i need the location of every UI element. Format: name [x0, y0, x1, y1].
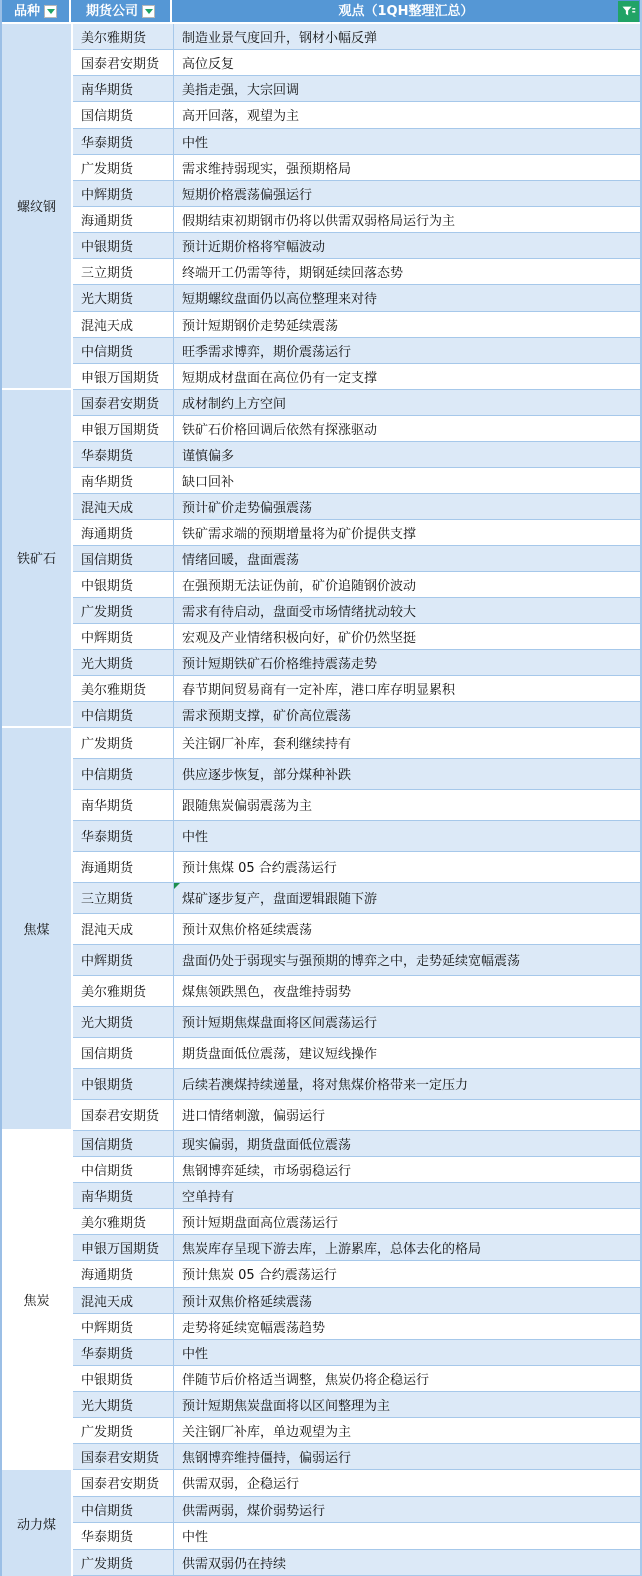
- view-cell[interactable]: 春节期间贸易商有一定补库，港口库存明显累积: [174, 676, 640, 701]
- table-row: 美尔雅期货预计短期盘面高位震荡运行: [73, 1209, 640, 1235]
- table-row: 国泰君安期货成材制约上方空间: [73, 390, 640, 416]
- company-cell[interactable]: 美尔雅期货: [73, 676, 174, 701]
- view-cell[interactable]: 空单持有: [174, 1183, 640, 1208]
- company-cell[interactable]: 海通期货: [73, 207, 174, 232]
- header-variety-label: 品种: [14, 5, 40, 18]
- table-row: 华泰期货中性: [73, 1523, 640, 1550]
- company-cell[interactable]: 国泰君安期货: [73, 50, 174, 75]
- company-cell[interactable]: 南华期货: [73, 1183, 174, 1208]
- table-row: 中辉期货盘面仍处于弱现实与强预期的博弈之中，走势延续宽幅震荡: [73, 945, 640, 976]
- view-cell[interactable]: 高开回落，观望为主: [174, 102, 640, 127]
- company-cell[interactable]: 中银期货: [73, 572, 174, 597]
- table-row: 中银期货在强预期无法证伪前，矿价追随钢价波动: [73, 572, 640, 598]
- table-row: 光大期货预计短期焦煤盘面将区间震荡运行: [73, 1007, 640, 1038]
- view-cell[interactable]: 制造业景气度回升，钢材小幅反弹: [174, 24, 640, 49]
- table-row: 美尔雅期货春节期间贸易商有一定补库，港口库存明显累积: [73, 676, 640, 702]
- company-cell[interactable]: 美尔雅期货: [73, 1209, 174, 1234]
- commodity-section: 铁矿石国泰君安期货成材制约上方空间申银万国期货铁矿石价格回调后依然有探涨驱动华泰…: [2, 390, 640, 728]
- table-row: 中银期货后续若澳煤持续递量，将对焦煤价格带来一定压力: [73, 1069, 640, 1100]
- company-cell[interactable]: 三立期货: [73, 259, 174, 284]
- company-cell[interactable]: 光大期货: [73, 1392, 174, 1417]
- view-cell[interactable]: 预计焦煤 05 合约震荡运行: [174, 852, 640, 882]
- table-row: 国信期货现实偏弱，期货盘面低位震荡: [73, 1131, 640, 1157]
- table-row: 广发期货需求有待启动，盘面受市场情绪扰动较大: [73, 598, 640, 624]
- company-cell[interactable]: 中银期货: [73, 233, 174, 258]
- table-row: 南华期货空单持有: [73, 1183, 640, 1209]
- view-cell[interactable]: 在强预期无法证伪前，矿价追随钢价波动: [174, 572, 640, 597]
- company-cell[interactable]: 国泰君安期货: [73, 1470, 174, 1496]
- company-cell[interactable]: 南华期货: [73, 468, 174, 493]
- view-cell[interactable]: 期货盘面低位震荡，建议短线操作: [174, 1038, 640, 1068]
- view-cell[interactable]: 预计短期钢价走势延续震荡: [174, 312, 640, 337]
- filter-funnel-icon[interactable]: [618, 1, 639, 22]
- variety-cell[interactable]: 焦炭: [2, 1131, 73, 1470]
- view-cell[interactable]: 伴随节后价格适当调整，焦炭仍将企稳运行: [174, 1366, 640, 1391]
- company-cell[interactable]: 申银万国期货: [73, 1235, 174, 1260]
- view-cell[interactable]: 铁矿需求端的预期增量将为矿价提供支撑: [174, 520, 640, 545]
- company-cell[interactable]: 广发期货: [73, 1550, 174, 1576]
- commodity-section: 焦炭国信期货现实偏弱，期货盘面低位震荡中信期货焦钢博弈延续，市场弱稳运行南华期货…: [2, 1131, 640, 1470]
- table-row: 美尔雅期货煤焦领跌黑色，夜盘维持弱势: [73, 976, 640, 1007]
- table-row: 广发期货关注钢厂补库，套利继续持有: [73, 728, 640, 759]
- company-cell[interactable]: 华泰期货: [73, 129, 174, 154]
- company-cell[interactable]: 华泰期货: [73, 1523, 174, 1549]
- variety-filter-dropdown-icon[interactable]: [44, 5, 57, 18]
- view-cell[interactable]: 焦炭库存呈现下游去库，上游累库，总体去化的格局: [174, 1235, 640, 1260]
- table-row: 中信期货需求预期支撑，矿价高位震荡: [73, 702, 640, 728]
- company-cell[interactable]: 广发期货: [73, 155, 174, 180]
- table-row: 中银期货预计近期价格将窄幅波动: [73, 233, 640, 259]
- table-row: 中信期货旺季需求博弈，期价震荡运行: [73, 338, 640, 364]
- view-cell[interactable]: 需求有待启动，盘面受市场情绪扰动较大: [174, 598, 640, 623]
- variety-cell[interactable]: 焦煤: [2, 728, 73, 1131]
- header-view-label: 观点（1QH整理汇总）: [339, 5, 474, 18]
- view-cell[interactable]: 进口情绪刺激，偏弱运行: [174, 1100, 640, 1130]
- view-cell[interactable]: 假期结束初期钢市仍将以供需双弱格局运行为主: [174, 207, 640, 232]
- table-row: 国信期货高开回落，观望为主: [73, 102, 640, 128]
- view-cell[interactable]: 供需双弱仍在持续: [174, 1550, 640, 1576]
- view-cell[interactable]: 预计近期价格将窄幅波动: [174, 233, 640, 258]
- table-row: 南华期货缺口回补: [73, 468, 640, 494]
- header-company-label: 期货公司: [86, 5, 138, 18]
- commodity-section: 螺纹钢美尔雅期货制造业景气度回升，钢材小幅反弹国泰君安期货高位反复南华期货美指走…: [2, 24, 640, 390]
- view-cell[interactable]: 美指走强，大宗回调: [174, 76, 640, 101]
- view-cell[interactable]: 中性: [174, 1340, 640, 1365]
- view-cell[interactable]: 后续若澳煤持续递量，将对焦煤价格带来一定压力: [174, 1069, 640, 1099]
- table-row: 申银万国期货焦炭库存呈现下游去库，上游累库，总体去化的格局: [73, 1235, 640, 1261]
- table-row: 南华期货跟随焦炭偏弱震荡为主: [73, 790, 640, 821]
- view-cell[interactable]: 短期成材盘面在高位仍有一定支撑: [174, 364, 640, 389]
- view-cell[interactable]: 焦钢博弈维持僵持，偏弱运行: [174, 1444, 640, 1469]
- view-cell[interactable]: 预计短期焦炭盘面将以区间整理为主: [174, 1392, 640, 1417]
- commodity-section: 焦煤广发期货关注钢厂补库，套利继续持有中信期货供应逐步恢复，部分煤种补跌南华期货…: [2, 728, 640, 1131]
- table-row: 混沌天成预计双焦价格延续震荡: [73, 1288, 640, 1314]
- company-cell[interactable]: 国泰君安期货: [73, 1100, 174, 1130]
- view-cell[interactable]: 需求预期支撑，矿价高位震荡: [174, 702, 640, 727]
- variety-cell[interactable]: 动力煤: [2, 1470, 73, 1576]
- table-row: 光大期货预计短期焦炭盘面将以区间整理为主: [73, 1392, 640, 1418]
- view-cell[interactable]: 需求维持弱现实，强预期格局: [174, 155, 640, 180]
- view-cell[interactable]: 成材制约上方空间: [174, 390, 640, 415]
- view-cell[interactable]: 关注钢厂补库，套利继续持有: [174, 728, 640, 758]
- table-row: 南华期货美指走强，大宗回调: [73, 76, 640, 102]
- view-cell[interactable]: 预计短期铁矿石价格维持震荡走势: [174, 650, 640, 675]
- view-cell[interactable]: 情绪回暖，盘面震荡: [174, 546, 640, 571]
- table-row: 三立期货煤矿逐步复产，盘面逻辑跟随下游: [73, 883, 640, 914]
- section-rows: 国泰君安期货成材制约上方空间申银万国期货铁矿石价格回调后依然有探涨驱动华泰期货谨…: [73, 390, 640, 728]
- company-cell[interactable]: 申银万国期货: [73, 364, 174, 389]
- company-cell[interactable]: 南华期货: [73, 790, 174, 820]
- table-row: 光大期货预计短期铁矿石价格维持震荡走势: [73, 650, 640, 676]
- view-cell[interactable]: 现实偏弱，期货盘面低位震荡: [174, 1131, 640, 1156]
- company-cell[interactable]: 中信期货: [73, 759, 174, 789]
- view-cell[interactable]: 走势将延续宽幅震荡趋势: [174, 1314, 640, 1339]
- company-cell[interactable]: 中银期货: [73, 1366, 174, 1391]
- company-cell[interactable]: 光大期货: [73, 285, 174, 310]
- table-row: 海通期货假期结束初期钢市仍将以供需双弱格局运行为主: [73, 207, 640, 233]
- view-cell[interactable]: 供需两弱，煤价弱势运行: [174, 1497, 640, 1523]
- view-cell[interactable]: 供需双弱，企稳运行: [174, 1470, 640, 1496]
- table-row: 国泰君安期货供需双弱，企稳运行: [73, 1470, 640, 1497]
- company-cell[interactable]: 光大期货: [73, 1007, 174, 1037]
- view-cell[interactable]: 预计双焦价格延续震荡: [174, 914, 640, 944]
- table-row: 国泰君安期货进口情绪刺激，偏弱运行: [73, 1100, 640, 1131]
- company-cell[interactable]: 国泰君安期货: [73, 390, 174, 415]
- company-cell[interactable]: 混沌天成: [73, 914, 174, 944]
- company-cell[interactable]: 混沌天成: [73, 312, 174, 337]
- company-cell[interactable]: 国信期货: [73, 102, 174, 127]
- variety-cell[interactable]: 铁矿石: [2, 390, 73, 728]
- table-row: 华泰期货中性: [73, 1340, 640, 1366]
- view-cell[interactable]: 旺季需求博弈，期价震荡运行: [174, 338, 640, 363]
- view-cell[interactable]: 煤焦领跌黑色，夜盘维持弱势: [174, 976, 640, 1006]
- header-cell-view: 观点（1QH整理汇总）: [172, 0, 640, 22]
- table-row: 华泰期货中性: [73, 821, 640, 852]
- table-row: 中银期货伴随节后价格适当调整，焦炭仍将企稳运行: [73, 1366, 640, 1392]
- cell-flag-triangle-icon: [174, 883, 180, 889]
- view-cell[interactable]: 中性: [174, 129, 640, 154]
- view-cell[interactable]: 关注钢厂补库，单边观望为主: [174, 1418, 640, 1443]
- view-cell[interactable]: 短期螺纹盘面仍以高位整理来对待: [174, 285, 640, 310]
- table-row: 中信期货焦钢博弈延续，市场弱稳运行: [73, 1157, 640, 1183]
- table-row: 中信期货供应逐步恢复，部分煤种补跌: [73, 759, 640, 790]
- header-cell-company: 期货公司: [71, 0, 172, 22]
- table-row: 申银万国期货短期成材盘面在高位仍有一定支撑: [73, 364, 640, 390]
- table-row: 混沌天成预计矿价走势偏强震荡: [73, 494, 640, 520]
- company-cell[interactable]: 国信期货: [73, 1131, 174, 1156]
- view-cell[interactable]: 跟随焦炭偏弱震荡为主: [174, 790, 640, 820]
- view-cell[interactable]: 预计短期焦煤盘面将区间震荡运行: [174, 1007, 640, 1037]
- table-row: 华泰期货谨慎偏多: [73, 442, 640, 468]
- company-cell[interactable]: 中辉期货: [73, 181, 174, 206]
- view-cell[interactable]: 高位反复: [174, 50, 640, 75]
- table-row: 中辉期货宏观及产业情绪积极向好，矿价仍然坚挺: [73, 624, 640, 650]
- company-cell[interactable]: 海通期货: [73, 520, 174, 545]
- view-cell[interactable]: 预计短期盘面高位震荡运行: [174, 1209, 640, 1234]
- table-body: 螺纹钢美尔雅期货制造业景气度回升，钢材小幅反弹国泰君安期货高位反复南华期货美指走…: [2, 24, 640, 1576]
- company-filter-dropdown-icon[interactable]: [142, 5, 155, 18]
- table-row: 光大期货短期螺纹盘面仍以高位整理来对待: [73, 285, 640, 311]
- company-cell[interactable]: 国泰君安期货: [73, 1444, 174, 1469]
- company-cell[interactable]: 中信期货: [73, 1497, 174, 1523]
- commodity-section: 动力煤国泰君安期货供需双弱，企稳运行中信期货供需两弱，煤价弱势运行华泰期货中性广…: [2, 1470, 640, 1576]
- view-cell[interactable]: 焦钢博弈延续，市场弱稳运行: [174, 1157, 640, 1182]
- variety-cell[interactable]: 螺纹钢: [2, 24, 73, 390]
- company-cell[interactable]: 中辉期货: [73, 945, 174, 975]
- company-cell[interactable]: 申银万国期货: [73, 416, 174, 441]
- company-cell[interactable]: 广发期货: [73, 1418, 174, 1443]
- futures-opinion-table: 品种 期货公司 观点（1QH整理汇总） 螺纹钢美尔雅期货制造业景气度回升，钢材小…: [0, 0, 642, 1576]
- view-cell[interactable]: 预计矿价走势偏强震荡: [174, 494, 640, 519]
- view-cell[interactable]: 缺口回补: [174, 468, 640, 493]
- company-cell[interactable]: 海通期货: [73, 852, 174, 882]
- company-cell[interactable]: 南华期货: [73, 76, 174, 101]
- company-cell[interactable]: 海通期货: [73, 1261, 174, 1286]
- company-cell[interactable]: 美尔雅期货: [73, 976, 174, 1006]
- table-row: 中辉期货走势将延续宽幅震荡趋势: [73, 1314, 640, 1340]
- view-cell[interactable]: 终端开工仍需等待，期钢延续回落态势: [174, 259, 640, 284]
- view-cell[interactable]: 煤矿逐步复产，盘面逻辑跟随下游: [174, 883, 640, 913]
- table-row: 申银万国期货铁矿石价格回调后依然有探涨驱动: [73, 416, 640, 442]
- company-cell[interactable]: 中信期货: [73, 1157, 174, 1182]
- table-row: 国信期货期货盘面低位震荡，建议短线操作: [73, 1038, 640, 1069]
- view-cell[interactable]: 宏观及产业情绪积极向好，矿价仍然坚挺: [174, 624, 640, 649]
- table-row: 海通期货预计焦炭 05 合约震荡运行: [73, 1261, 640, 1287]
- table-row: 广发期货关注钢厂补库，单边观望为主: [73, 1418, 640, 1444]
- table-row: 中辉期货短期价格震荡偏强运行: [73, 181, 640, 207]
- company-cell[interactable]: 国信期货: [73, 546, 174, 571]
- view-cell[interactable]: 供应逐步恢复，部分煤种补跌: [174, 759, 640, 789]
- company-cell[interactable]: 广发期货: [73, 728, 174, 758]
- view-cell[interactable]: 短期价格震荡偏强运行: [174, 181, 640, 206]
- company-cell[interactable]: 中银期货: [73, 1069, 174, 1099]
- company-cell[interactable]: 中辉期货: [73, 1314, 174, 1339]
- section-rows: 美尔雅期货制造业景气度回升，钢材小幅反弹国泰君安期货高位反复南华期货美指走强，大…: [73, 24, 640, 390]
- view-cell[interactable]: 盘面仍处于弱现实与强预期的博弈之中，走势延续宽幅震荡: [174, 945, 640, 975]
- company-cell[interactable]: 中辉期货: [73, 624, 174, 649]
- view-cell[interactable]: 预计双焦价格延续震荡: [174, 1288, 640, 1313]
- section-rows: 国泰君安期货供需双弱，企稳运行中信期货供需两弱，煤价弱势运行华泰期货中性广发期货…: [73, 1470, 640, 1576]
- view-cell[interactable]: 预计焦炭 05 合约震荡运行: [174, 1261, 640, 1286]
- table-row: 国信期货情绪回暖，盘面震荡: [73, 546, 640, 572]
- company-cell[interactable]: 混沌天成: [73, 494, 174, 519]
- company-cell[interactable]: 华泰期货: [73, 442, 174, 467]
- company-cell[interactable]: 光大期货: [73, 650, 174, 675]
- table-row: 华泰期货中性: [73, 129, 640, 155]
- header-cell-variety: 品种: [2, 0, 71, 22]
- view-cell[interactable]: 中性: [174, 821, 640, 851]
- table-row: 国泰君安期货高位反复: [73, 50, 640, 76]
- company-cell[interactable]: 中信期货: [73, 338, 174, 363]
- section-rows: 广发期货关注钢厂补库，套利继续持有中信期货供应逐步恢复，部分煤种补跌南华期货跟随…: [73, 728, 640, 1131]
- table-row: 国泰君安期货焦钢博弈维持僵持，偏弱运行: [73, 1444, 640, 1470]
- section-rows: 国信期货现实偏弱，期货盘面低位震荡中信期货焦钢博弈延续，市场弱稳运行南华期货空单…: [73, 1131, 640, 1470]
- table-row: 广发期货需求维持弱现实，强预期格局: [73, 155, 640, 181]
- company-cell[interactable]: 美尔雅期货: [73, 24, 174, 49]
- table-header-row: 品种 期货公司 观点（1QH整理汇总）: [2, 0, 640, 24]
- company-cell[interactable]: 中信期货: [73, 702, 174, 727]
- table-row: 美尔雅期货制造业景气度回升，钢材小幅反弹: [73, 24, 640, 50]
- table-row: 海通期货铁矿需求端的预期增量将为矿价提供支撑: [73, 520, 640, 546]
- table-row: 三立期货终端开工仍需等待，期钢延续回落态势: [73, 259, 640, 285]
- company-cell[interactable]: 广发期货: [73, 598, 174, 623]
- company-cell[interactable]: 国信期货: [73, 1038, 174, 1068]
- table-row: 中信期货供需两弱，煤价弱势运行: [73, 1497, 640, 1524]
- table-row: 混沌天成预计双焦价格延续震荡: [73, 914, 640, 945]
- view-cell[interactable]: 铁矿石价格回调后依然有探涨驱动: [174, 416, 640, 441]
- table-row: 广发期货供需双弱仍在持续: [73, 1550, 640, 1576]
- table-row: 混沌天成预计短期钢价走势延续震荡: [73, 312, 640, 338]
- view-cell[interactable]: 谨慎偏多: [174, 442, 640, 467]
- table-row: 海通期货预计焦煤 05 合约震荡运行: [73, 852, 640, 883]
- company-cell[interactable]: 华泰期货: [73, 821, 174, 851]
- company-cell[interactable]: 三立期货: [73, 883, 174, 913]
- company-cell[interactable]: 华泰期货: [73, 1340, 174, 1365]
- company-cell[interactable]: 混沌天成: [73, 1288, 174, 1313]
- view-cell[interactable]: 中性: [174, 1523, 640, 1549]
